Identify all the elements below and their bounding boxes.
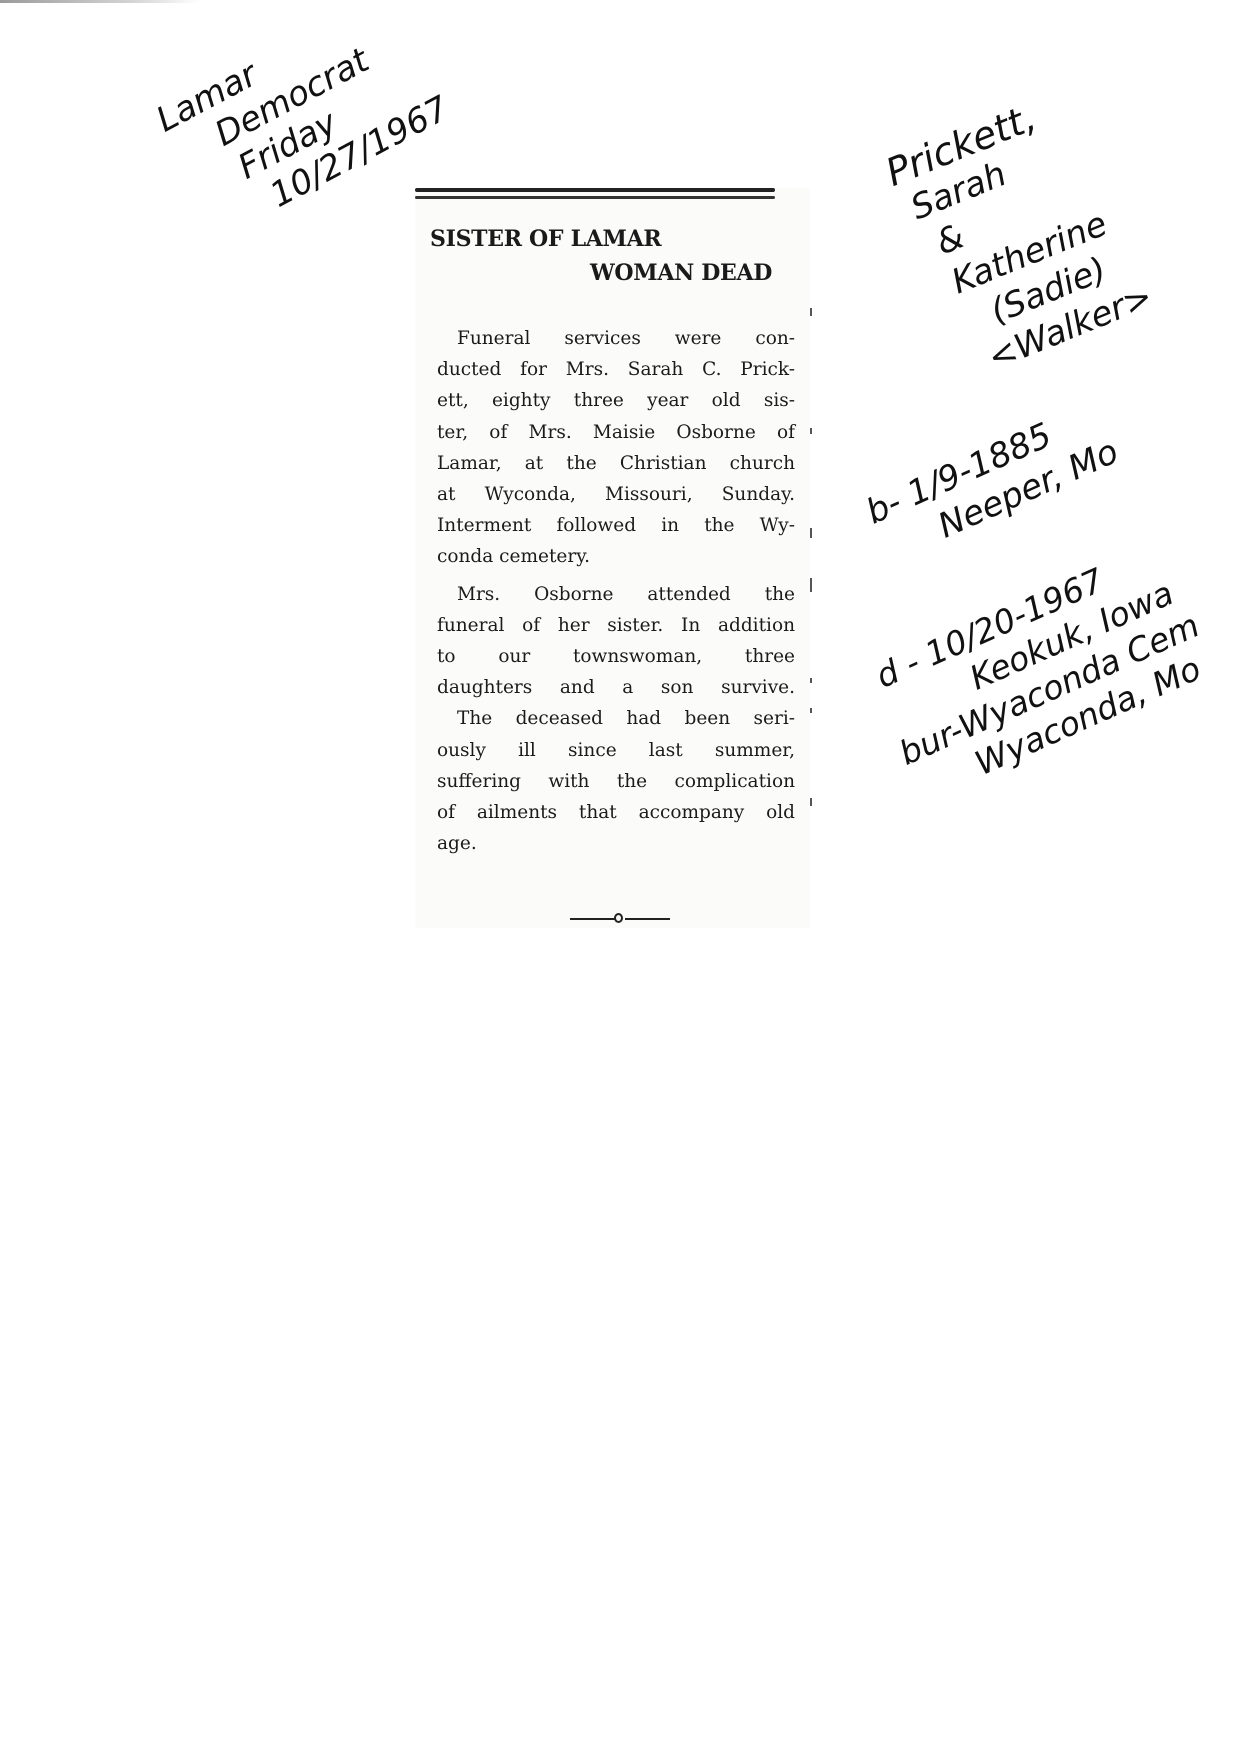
clipping-edge-specks xyxy=(810,288,814,788)
text-line: Mrs. Osborne attended the xyxy=(437,579,795,610)
headline-line-2: WOMAN DEAD xyxy=(590,260,772,286)
text-line: funeral of her sister. In addition xyxy=(437,610,795,641)
text-line: conda cemetery. xyxy=(437,541,795,572)
text-line: ducted for Mrs. Sarah C. Prick- xyxy=(437,354,795,385)
handwritten-death-note: d - 10/20-1967 Keokuk, Iowa bur-Wyaconda… xyxy=(870,532,1222,806)
headline-rule xyxy=(415,196,775,199)
text-line: The deceased had been seri- xyxy=(437,703,795,734)
paragraph-3: The deceased had been seri- ously ill si… xyxy=(437,703,795,859)
text-line: Interment followed in the Wy- xyxy=(437,510,795,541)
paragraph-2: Mrs. Osborne attended the funeral of her… xyxy=(437,579,795,704)
headline-line-1: SISTER OF LAMAR xyxy=(430,226,661,252)
newspaper-clipping: SISTER OF LAMAR WOMAN DEAD Funeral servi… xyxy=(415,188,810,928)
scan-edge-artifact xyxy=(0,0,200,3)
text-line: of ailments that accompany old xyxy=(437,797,795,828)
article-body: Funeral services were con- ducted for Mr… xyxy=(437,323,795,859)
text-line: Funeral services were con- xyxy=(437,323,795,354)
text-line: age. xyxy=(437,828,795,859)
handwritten-birth-note: b- 1/9-1885 Neeper, Mo xyxy=(860,392,1125,571)
text-line: Lamar, at the Christian church xyxy=(437,448,795,479)
text-line: ett, eighty three year old sis- xyxy=(437,385,795,416)
text-line: daughters and a son survive. xyxy=(437,672,795,703)
text-line: ously ill since last summer, xyxy=(437,735,795,766)
handwritten-name-note: Prickett, Sarah & Katherine (Sadie) <Wal… xyxy=(880,81,1159,389)
paragraph-1: Funeral services were con- ducted for Mr… xyxy=(437,323,795,573)
text-line: suffering with the complication xyxy=(437,766,795,797)
end-of-article-mark xyxy=(570,913,670,925)
text-line: ter, of Mrs. Maisie Osborne of xyxy=(437,417,795,448)
handwritten-source-note: Lamar Democrat Friday 10/27/1967 xyxy=(150,0,456,246)
headline-rule xyxy=(415,188,775,192)
text-line: at Wyconda, Missouri, Sunday. xyxy=(437,479,795,510)
text-line: to our townswoman, three xyxy=(437,641,795,672)
